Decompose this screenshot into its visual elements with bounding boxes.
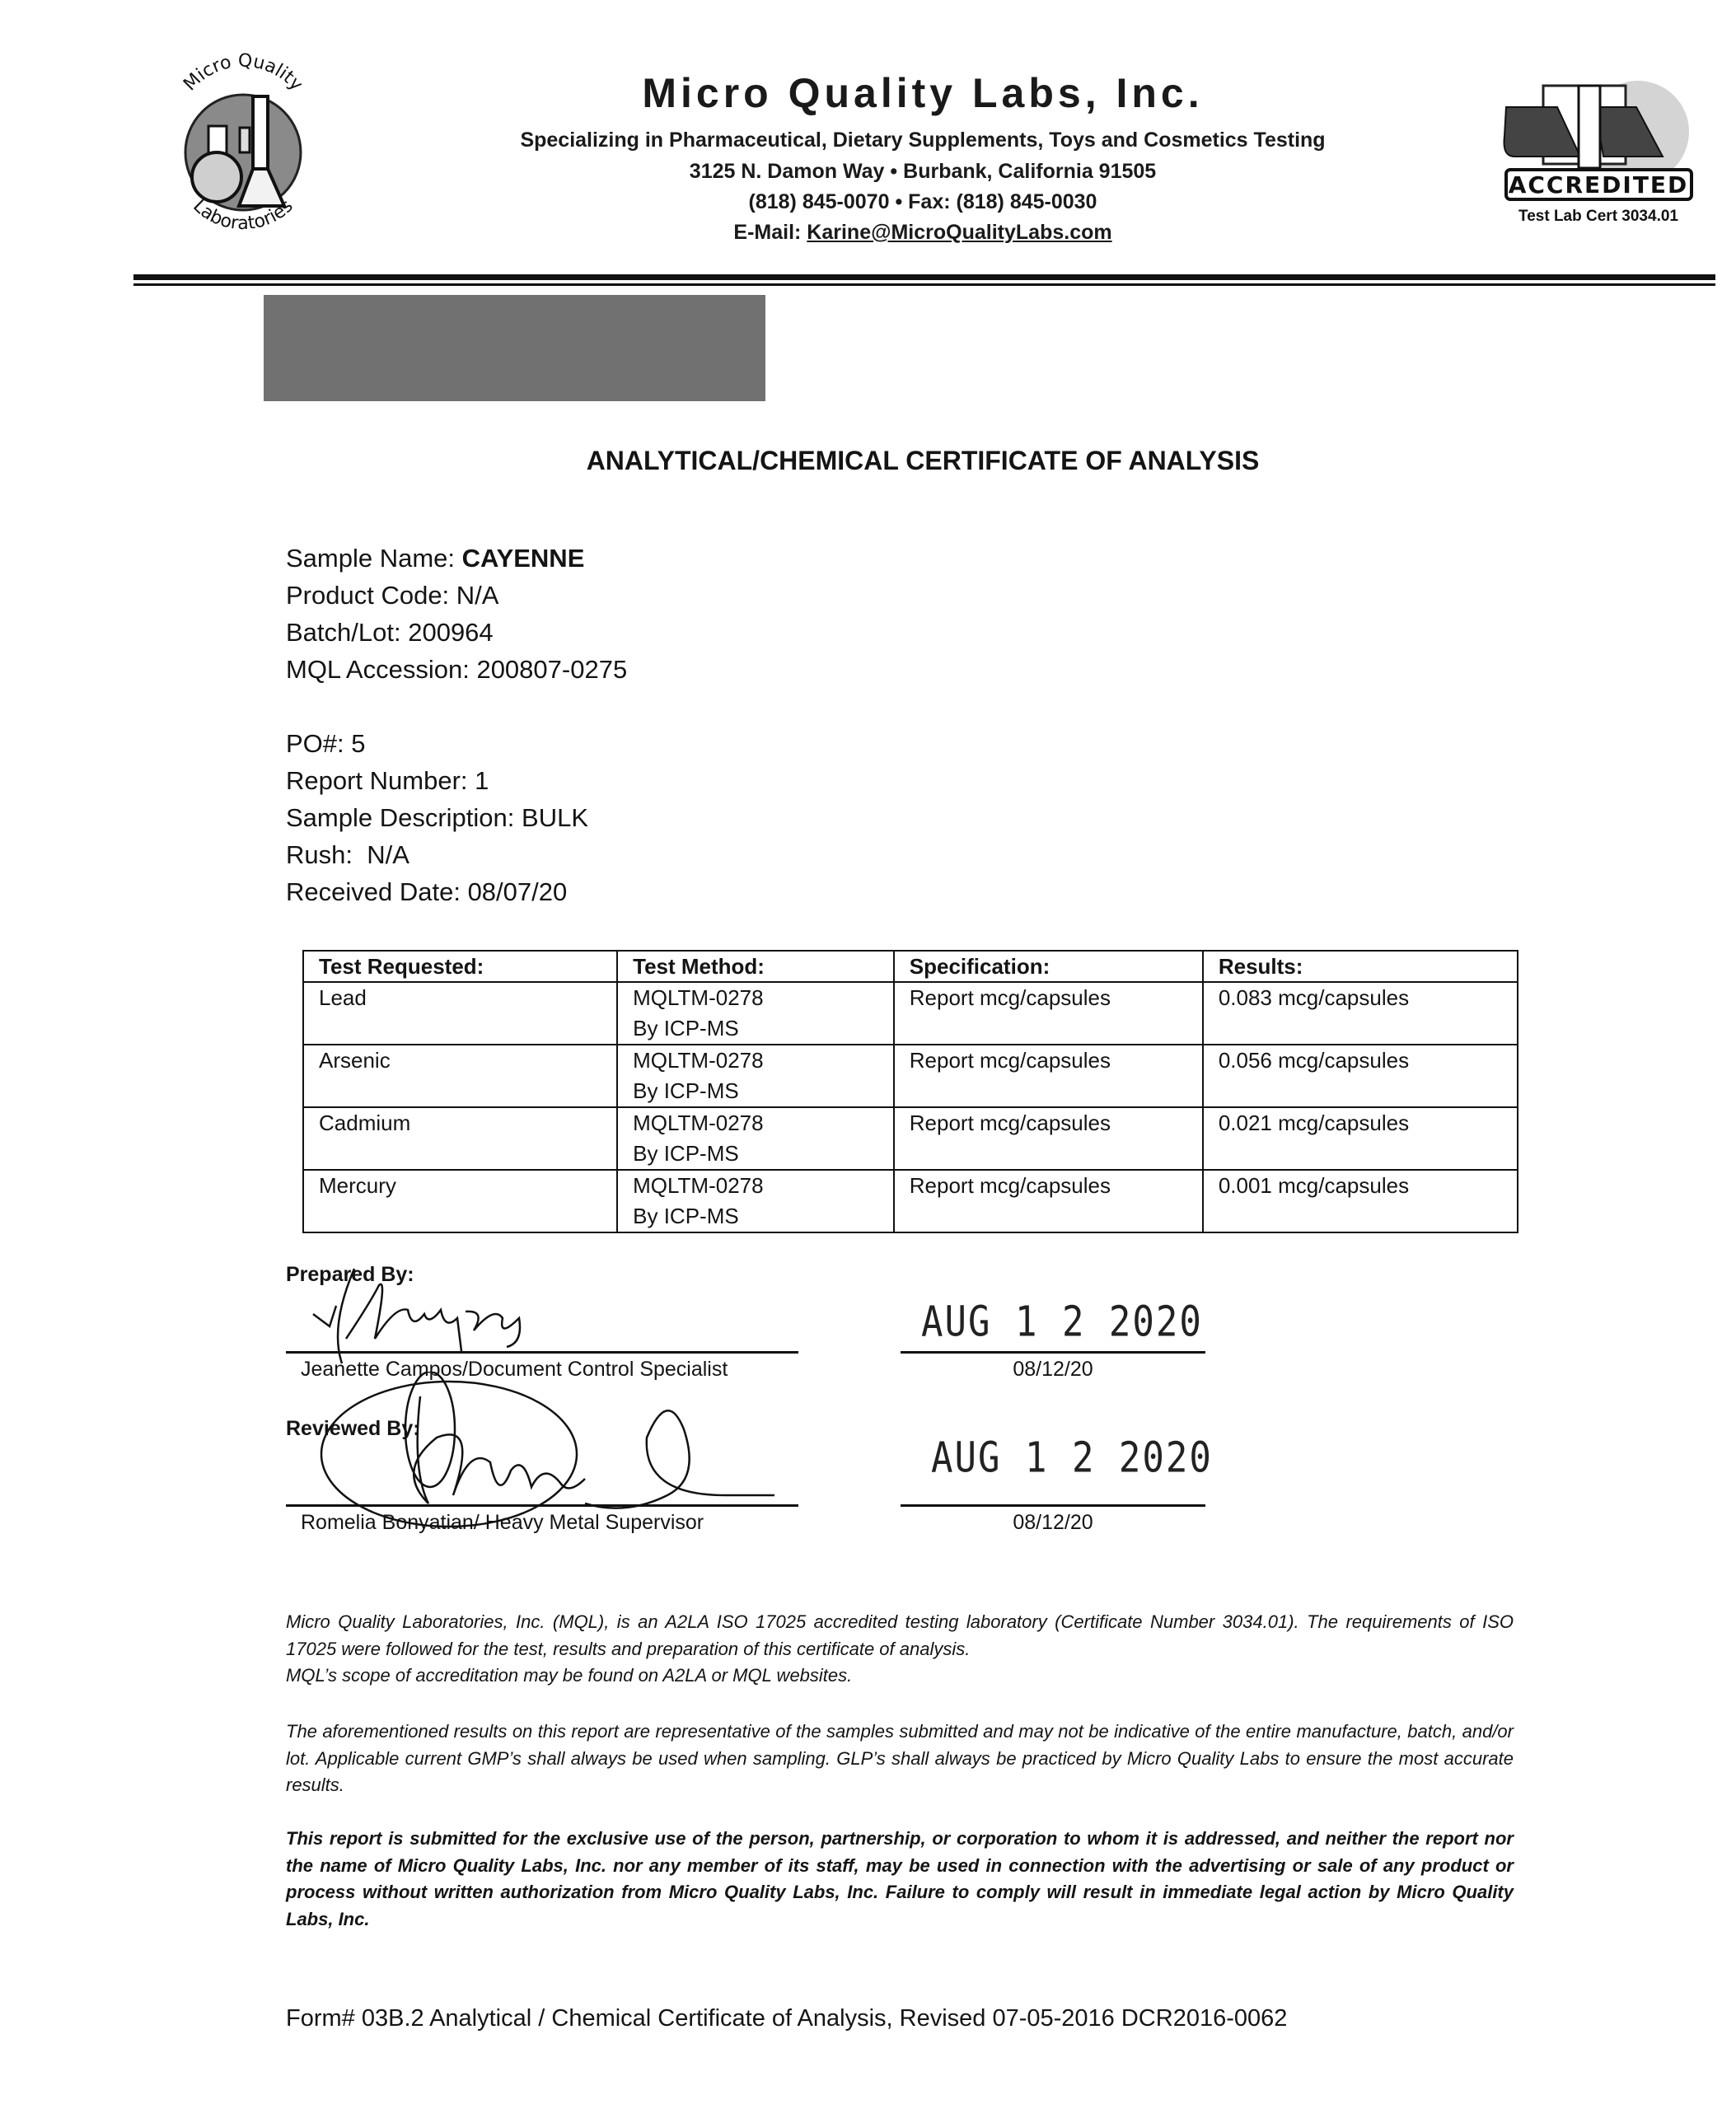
accreditation-note: Micro Quality Laboratories, Inc. (MQL), … xyxy=(286,1609,1514,1662)
received-date-field: Received Date: 08/07/20 xyxy=(286,879,567,905)
method-code: MQLTM-0278 xyxy=(633,1045,893,1076)
table-header-row: Test Requested: Test Method: Specificati… xyxy=(303,951,1518,982)
field-value: CAYENNE xyxy=(462,544,585,573)
cell-test: Mercury xyxy=(303,1170,617,1232)
address-city: Burbank, California 91505 xyxy=(903,160,1156,183)
cert-number-text: Test Lab Cert 3034.01 xyxy=(1518,208,1678,225)
sample-description-field: Sample Description: BULK xyxy=(286,805,588,830)
bullet-separator: • xyxy=(890,160,897,183)
prepared-date-stamp: AUG 1 2 2020 xyxy=(921,1302,1203,1344)
bullet-separator: • xyxy=(895,190,902,213)
reviewed-name-title: Romelia Bonyatian/ Heavy Metal Superviso… xyxy=(301,1513,704,1533)
form-revision-footer: Form# 03B.2 Analytical / Chemical Certif… xyxy=(286,2007,1287,2031)
header-rule-thick xyxy=(133,274,1715,280)
method-technique: By ICP-MS xyxy=(633,1076,893,1106)
cell-spec: Report mcg/capsules xyxy=(894,1045,1203,1107)
field-value: N/A xyxy=(367,840,409,869)
cell-method: MQLTM-0278By ICP-MS xyxy=(617,982,894,1045)
field-value: BULK xyxy=(522,803,588,832)
reviewed-by-label: Reviewed By: xyxy=(286,1419,420,1439)
reviewed-date: 08/12/20 xyxy=(901,1513,1205,1533)
document-title: ANALYTICAL/CHEMICAL CERTIFICATE OF ANALY… xyxy=(461,447,1384,474)
field-label: Rush: xyxy=(286,840,367,869)
cell-spec: Report mcg/capsules xyxy=(894,1107,1203,1170)
cell-result: 0.001 mcg/capsules xyxy=(1203,1170,1518,1232)
field-label: Batch/Lot: xyxy=(286,618,408,647)
accreditation-scope-note: MQL’s scope of accreditation may be foun… xyxy=(286,1662,1514,1690)
field-label: PO#: xyxy=(286,729,351,758)
cell-method: MQLTM-0278By ICP-MS xyxy=(617,1045,894,1107)
cell-test: Cadmium xyxy=(303,1107,617,1170)
representative-results-note: The aforementioned results on this repor… xyxy=(286,1719,1514,1799)
prepared-date: 08/12/20 xyxy=(901,1359,1205,1380)
prepared-date-line xyxy=(901,1351,1205,1354)
redacted-block xyxy=(264,295,765,401)
email-label: E-Mail: xyxy=(733,221,801,244)
field-value: 08/07/20 xyxy=(468,877,568,906)
table-row: Arsenic MQLTM-0278By ICP-MS Report mcg/c… xyxy=(303,1045,1518,1107)
method-technique: By ICP-MS xyxy=(633,1013,893,1044)
po-number-field: PO#: 5 xyxy=(286,731,366,756)
company-email: E-Mail: Karine@MicroQualityLabs.com xyxy=(461,222,1384,243)
field-label: Report Number: xyxy=(286,766,475,795)
product-code-field: Product Code: N/A xyxy=(286,582,498,608)
method-code: MQLTM-0278 xyxy=(633,1108,893,1139)
table-row: Lead MQLTM-0278By ICP-MS Report mcg/caps… xyxy=(303,982,1518,1045)
field-label: Sample Name: xyxy=(286,544,462,573)
cell-test: Lead xyxy=(303,982,617,1045)
cell-result: 0.056 mcg/capsules xyxy=(1203,1045,1518,1107)
cell-method: MQLTM-0278By ICP-MS xyxy=(617,1107,894,1170)
batch-lot-field: Batch/Lot: 200964 xyxy=(286,620,494,645)
prepared-by-label: Prepared By: xyxy=(286,1265,414,1285)
table-row: Cadmium MQLTM-0278By ICP-MS Report mcg/c… xyxy=(303,1107,1518,1170)
address-street: 3125 N. Damon Way xyxy=(690,160,885,183)
rush-field: Rush: N/A xyxy=(286,842,409,867)
method-code: MQLTM-0278 xyxy=(633,1171,893,1201)
lab-flasks-logo-icon: Micro Quality Laboratories xyxy=(161,45,325,239)
company-address: 3125 N. Damon Way • Burbank, California … xyxy=(461,161,1384,182)
header-specification: Specification: xyxy=(894,951,1203,982)
method-technique: By ICP-MS xyxy=(633,1139,893,1169)
field-label: Received Date: xyxy=(286,877,468,906)
table-row: Mercury MQLTM-0278By ICP-MS Report mcg/c… xyxy=(303,1170,1518,1232)
method-code: MQLTM-0278 xyxy=(633,983,893,1013)
cell-method: MQLTM-0278By ICP-MS xyxy=(617,1170,894,1232)
field-label: Product Code: xyxy=(286,581,456,610)
email-link[interactable]: Karine@MicroQualityLabs.com xyxy=(807,221,1111,244)
prepared-signature-line xyxy=(286,1351,798,1354)
cell-spec: Report mcg/capsules xyxy=(894,982,1203,1045)
cell-result: 0.021 mcg/capsules xyxy=(1203,1107,1518,1170)
header-test-requested: Test Requested: xyxy=(303,951,617,982)
company-name: Micro Quality Labs, Inc. xyxy=(461,72,1384,114)
accredited-badge-text: ACCREDITED xyxy=(1509,171,1689,199)
exclusive-use-note: This report is submitted for the exclusi… xyxy=(286,1826,1514,1933)
cell-test: Arsenic xyxy=(303,1045,617,1107)
field-value: 5 xyxy=(351,729,365,758)
cell-spec: Report mcg/capsules xyxy=(894,1170,1203,1232)
accession-field: MQL Accession: 200807-0275 xyxy=(286,657,627,682)
fax-number: Fax: (818) 845-0030 xyxy=(908,190,1097,213)
a2la-accredited-logo-icon: ACCREDITED Test Lab Cert 3034.01 xyxy=(1498,74,1704,231)
svg-text:Micro Quality: Micro Quality xyxy=(180,51,306,96)
sample-name-field: Sample Name: CAYENNE xyxy=(286,545,584,571)
header-test-method: Test Method: xyxy=(617,951,894,982)
field-value: 1 xyxy=(475,766,489,795)
field-label: Sample Description: xyxy=(286,803,522,832)
phone-number: (818) 845-0070 xyxy=(749,190,890,213)
company-phone-fax: (818) 845-0070 • Fax: (818) 845-0030 xyxy=(461,192,1384,213)
field-value: 200964 xyxy=(408,618,493,647)
field-label: MQL Accession: xyxy=(286,655,476,684)
prepared-name-title: Jeanette Campos/Document Control Special… xyxy=(301,1359,728,1380)
results-table: Test Requested: Test Method: Specificati… xyxy=(302,950,1518,1233)
method-technique: By ICP-MS xyxy=(633,1201,893,1232)
header-rule-thin xyxy=(133,283,1715,286)
reviewed-signature-line xyxy=(286,1504,798,1507)
reviewed-date-line xyxy=(901,1504,1205,1507)
logo-top-text: Micro Quality xyxy=(180,51,306,96)
header-results: Results: xyxy=(1203,951,1518,982)
field-value: 200807-0275 xyxy=(476,655,627,684)
reviewed-date-stamp: AUG 1 2 2020 xyxy=(931,1438,1213,1480)
company-tagline: Specializing in Pharmaceutical, Dietary … xyxy=(461,130,1384,151)
cell-result: 0.083 mcg/capsules xyxy=(1203,982,1518,1045)
field-value: N/A xyxy=(456,581,499,610)
report-number-field: Report Number: 1 xyxy=(286,768,489,793)
